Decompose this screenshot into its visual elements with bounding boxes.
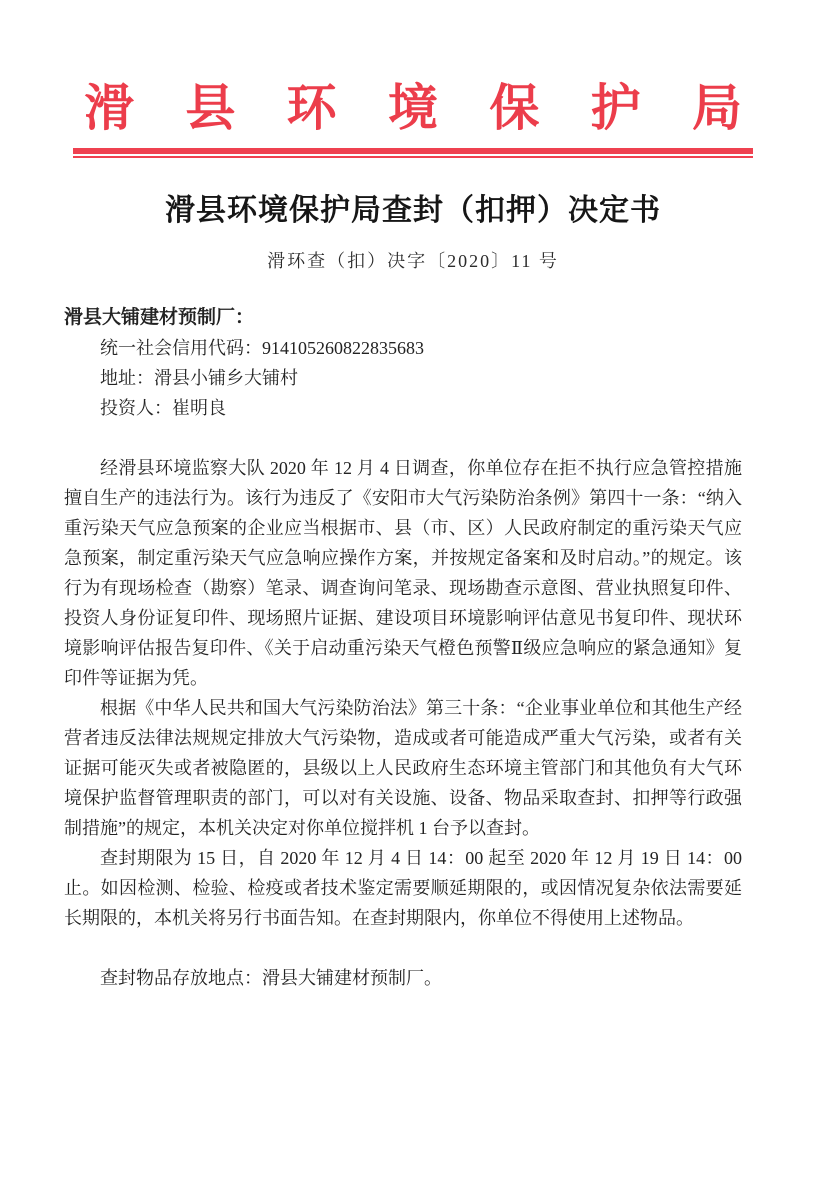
document-title: 滑县环境保护局查封（扣押）决定书 bbox=[0, 191, 826, 231]
agency-banner-char: 环 bbox=[287, 80, 337, 136]
agency-banner-char: 保 bbox=[489, 80, 539, 136]
agency-banner-char: 局 bbox=[692, 80, 742, 136]
investor-line: 投资人：崔明良 bbox=[64, 393, 742, 423]
divider-thin-line bbox=[73, 156, 753, 158]
document-number: 滑环查（扣）决字〔2020〕11 号 bbox=[0, 248, 826, 274]
address-line: 地址：滑县小铺乡大铺村 bbox=[64, 363, 742, 393]
address-value: 滑县小铺乡大铺村 bbox=[154, 368, 298, 388]
body-paragraph-seizure-period: 查封期限为 15 日，自 2020 年 12 月 4 日 14：00 起至 20… bbox=[64, 843, 742, 933]
storage-location-paragraph: 查封物品存放地点：滑县大铺建材预制厂。 bbox=[64, 963, 742, 993]
agency-banner-char: 护 bbox=[591, 80, 641, 136]
body-paragraph-violation: 经滑县环境监察大队 2020 年 12 月 4 日调查，你单位存在拒不执行应急管… bbox=[64, 453, 742, 693]
divider-thick-line bbox=[73, 148, 753, 154]
investor-label: 投资人： bbox=[100, 398, 172, 418]
agency-banner-char: 境 bbox=[388, 80, 438, 136]
header-divider bbox=[73, 148, 753, 158]
body-paragraph-legal-basis: 根据《中华人民共和国大气污染防治法》第三十条：“企业事业单位和其他生产经营者违反… bbox=[64, 693, 742, 843]
investor-value: 崔明良 bbox=[172, 398, 226, 418]
credit-code-value: 914105260822835683 bbox=[262, 338, 424, 358]
agency-banner-char: 县 bbox=[185, 80, 235, 136]
credit-code-label: 统一社会信用代码： bbox=[100, 338, 262, 358]
agency-banner-char: 滑 bbox=[84, 80, 134, 136]
credit-code-line: 统一社会信用代码：914105260822835683 bbox=[64, 333, 742, 363]
address-label: 地址： bbox=[100, 368, 154, 388]
recipient-name: 滑县大铺建材预制厂： bbox=[64, 303, 742, 333]
agency-banner: 滑县环境保护局 bbox=[84, 80, 742, 136]
document-page: 滑县环境保护局 滑县环境保护局查封（扣押）决定书 滑环查（扣）决字〔2020〕1… bbox=[0, 0, 826, 1177]
document-body: 滑县大铺建材预制厂： 统一社会信用代码：914105260822835683 地… bbox=[64, 303, 742, 993]
